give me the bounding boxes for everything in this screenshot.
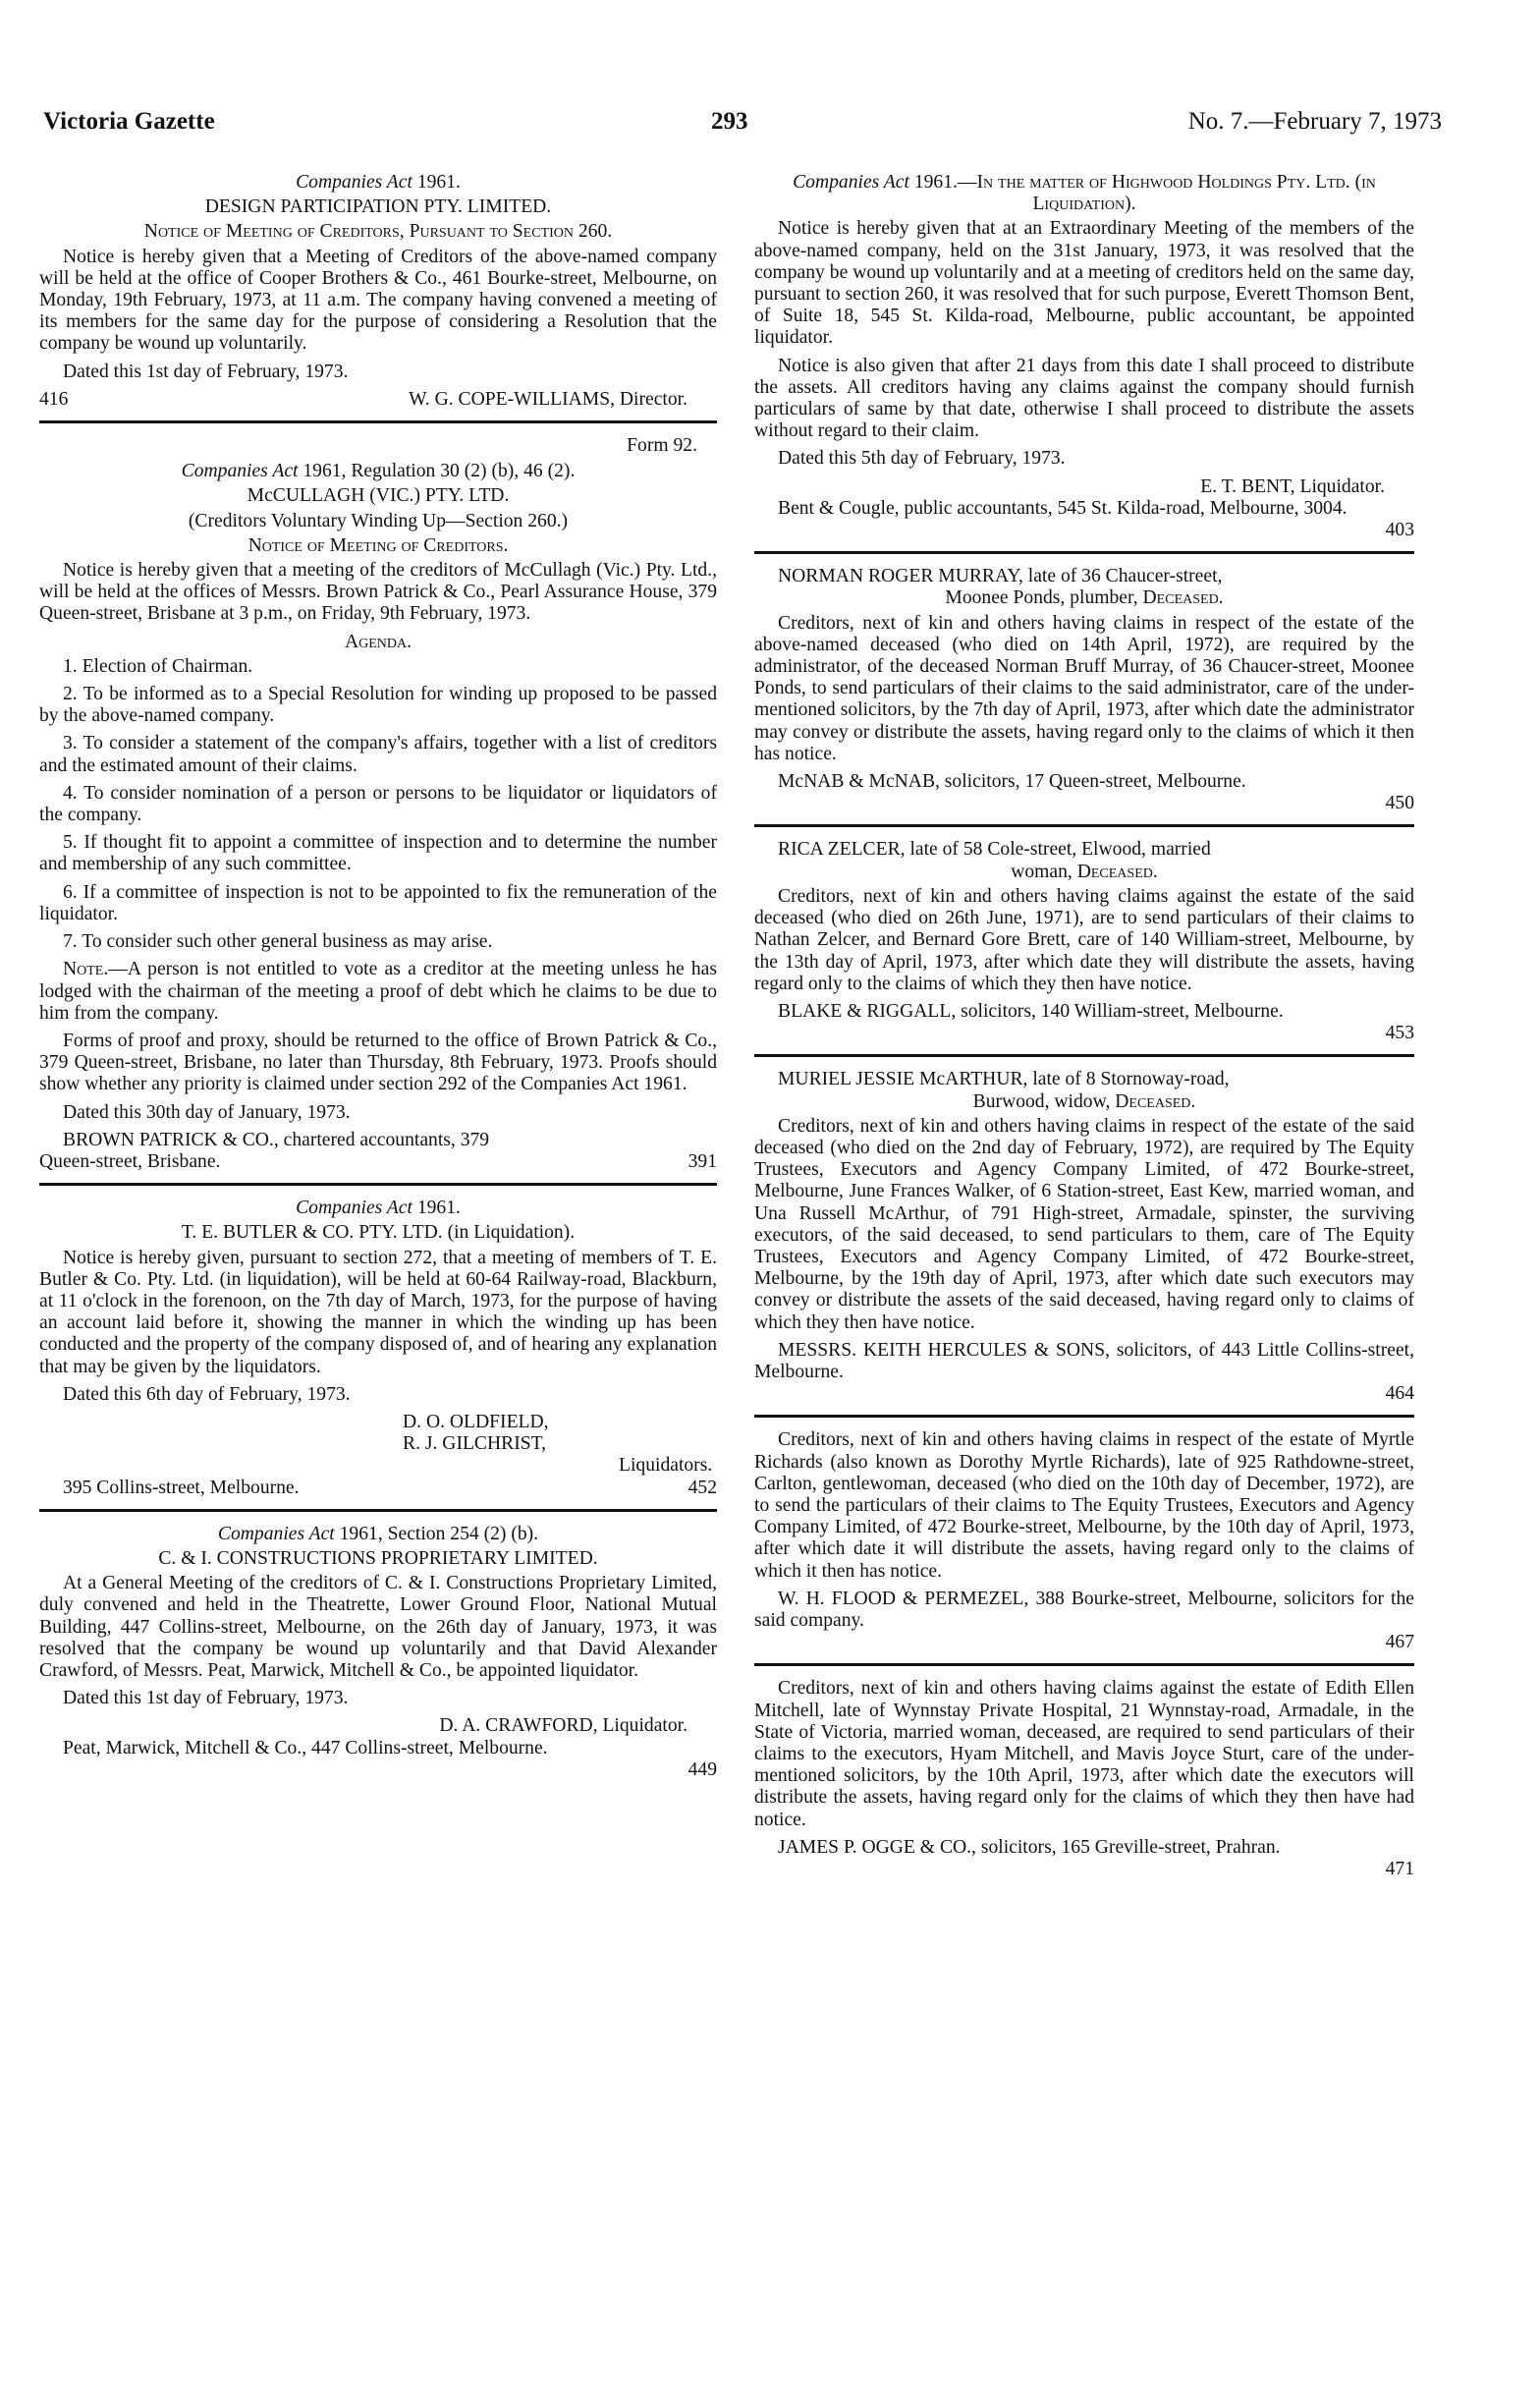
act-heading: Companies Act 1961, Regulation 30 (2) (b… [39, 461, 717, 482]
estate-heading: RICA ZELCER, late of 58 Cole-street, Elw… [754, 839, 1414, 861]
form-number: Form 92. [39, 435, 717, 457]
divider [39, 1509, 717, 1512]
notice-zelcer: RICA ZELCER, late of 58 Cole-street, Elw… [754, 839, 1414, 1044]
divider [754, 824, 1414, 827]
act-heading: Companies Act 1961, Section 254 (2) (b). [39, 1524, 717, 1545]
agenda-list: 1. Election of Chairman. 2. To be inform… [39, 656, 717, 953]
company-name: McCULLAGH (VIC.) PTY. LTD. [39, 485, 717, 507]
estate-heading-2: Burwood, widow, Deceased. [754, 1091, 1414, 1113]
notice-body: Creditors, next of kin and others having… [754, 886, 1414, 995]
notice-body: Creditors, next of kin and others having… [754, 613, 1414, 765]
agenda-item: 6. If a committee of inspection is not t… [39, 882, 717, 925]
agenda-title: Agenda. [39, 632, 717, 653]
dated-line: Dated this 1st day of February, 1973. [39, 1688, 717, 1709]
address-row: 395 Collins-street, Melbourne. 452 [39, 1478, 717, 1499]
notice-mitchell: Creditors, next of kin and others having… [754, 1678, 1414, 1880]
notice-body: Notice is hereby given that a Meeting of… [39, 247, 717, 356]
gazette-title: Victoria Gazette [43, 108, 215, 136]
estate-heading: NORMAN ROGER MURRAY, late of 36 Chaucer-… [754, 566, 1414, 587]
dated-line: Dated this 5th day of February, 1973. [754, 448, 1414, 470]
notice-highwood: Companies Act 1961.—In the matter of Hig… [754, 172, 1414, 541]
notice-body: Creditors, next of kin and others having… [754, 1678, 1414, 1830]
act-heading: Companies Act 1961.—In the matter of Hig… [754, 172, 1414, 215]
reference-number: 416 [39, 389, 68, 411]
estate-heading: MURIEL JESSIE McARTHUR, late of 8 Storno… [754, 1069, 1414, 1090]
notice-body: Notice is hereby given that a meeting of… [39, 560, 717, 626]
dated-line: Dated this 30th day of January, 1973. [39, 1102, 717, 1124]
agenda-item: 2. To be informed as to a Special Resolu… [39, 684, 717, 727]
company-name: C. & I. CONSTRUCTIONS PROPRIETARY LIMITE… [39, 1548, 717, 1570]
notice-richards: Creditors, next of kin and others having… [754, 1429, 1414, 1653]
firm-line: BLAKE & RIGGALL, solicitors, 140 William… [754, 1001, 1414, 1023]
divider [754, 1054, 1414, 1057]
right-column: Companies Act 1961.—In the matter of Hig… [754, 172, 1414, 1880]
divider [39, 1183, 717, 1186]
reference-number: 453 [754, 1023, 1414, 1044]
notice-murray: NORMAN ROGER MURRAY, late of 36 Chaucer-… [754, 566, 1414, 814]
company-name: T. E. BUTLER & CO. PTY. LTD. (in Liquida… [39, 1222, 717, 1244]
notice-body: Notice is also given that after 21 days … [754, 356, 1414, 443]
page-number: 293 [711, 108, 748, 136]
company-name: DESIGN PARTICIPATION PTY. LIMITED. [39, 196, 717, 218]
estate-heading-2: woman, Deceased. [754, 862, 1414, 883]
dated-line: Dated this 1st day of February, 1973. [39, 362, 717, 383]
signature: D. A. CRAWFORD, Liquidator. [39, 1715, 717, 1737]
divider [754, 1663, 1414, 1666]
divider [39, 420, 717, 423]
reference-number: 471 [754, 1859, 1414, 1880]
notice-subtitle: Notice of Meeting of Creditors, Pursuant… [39, 221, 717, 243]
page-header: Victoria Gazette 293 No. 7.—February 7, … [43, 108, 1442, 147]
notice-ci-constructions: Companies Act 1961, Section 254 (2) (b).… [39, 1524, 717, 1781]
notice-butler: Companies Act 1961. T. E. BUTLER & CO. P… [39, 1198, 717, 1499]
firm-line: MESSRS. KEITH HERCULES & SONS, solicitor… [754, 1340, 1414, 1383]
notice-design-participation: Companies Act 1961. DESIGN PARTICIPATION… [39, 172, 717, 411]
firm-line: BROWN PATRICK & CO., chartered accountan… [39, 1130, 717, 1151]
firm-line: W. H. FLOOD & PERMEZEL, 388 Bourke-stree… [754, 1589, 1414, 1632]
notice-body: Creditors, next of kin and others having… [754, 1116, 1414, 1334]
signature: W. G. COPE-WILLIAMS, Director. [409, 389, 717, 411]
notice-subtitle: Notice of Meeting of Creditors. [39, 535, 717, 557]
firm-line: Peat, Marwick, Mitchell & Co., 447 Colli… [39, 1738, 717, 1759]
agenda-item: 3. To consider a statement of the compan… [39, 733, 717, 776]
agenda-item: 1. Election of Chairman. [39, 656, 717, 678]
notice-mccullagh: Form 92. Companies Act 1961, Regulation … [39, 435, 717, 1173]
forms-instructions: Forms of proof and proxy, should be retu… [39, 1031, 717, 1096]
winding-up-type: (Creditors Voluntary Winding Up—Section … [39, 511, 717, 532]
notice-body: Notice is hereby given that at an Extrao… [754, 218, 1414, 349]
act-heading: Companies Act 1961. [39, 172, 717, 194]
reference-number: 464 [754, 1383, 1414, 1405]
act-heading: Companies Act 1961. [39, 1198, 717, 1219]
reference-number: 391 [688, 1151, 717, 1173]
firm-address-row: Queen-street, Brisbane. 391 [39, 1151, 717, 1173]
notice-mcarthur: MURIEL JESSIE McARTHUR, late of 8 Storno… [754, 1069, 1414, 1405]
firm-line: McNAB & McNAB, solicitors, 17 Queen-stre… [754, 771, 1414, 793]
firm-line: JAMES P. OGGE & CO., solicitors, 165 Gre… [754, 1837, 1414, 1859]
note: Note.—A person is not entitled to vote a… [39, 959, 717, 1025]
agenda-item: 7. To consider such other general busine… [39, 931, 717, 953]
dated-line: Dated this 6th day of February, 1973. [39, 1384, 717, 1406]
reference-number: 449 [39, 1759, 717, 1781]
notice-body: Creditors, next of kin and others having… [754, 1429, 1414, 1582]
divider [754, 1415, 1414, 1418]
estate-heading-2: Moonee Ponds, plumber, Deceased. [754, 587, 1414, 609]
notice-body: Notice is hereby given, pursuant to sect… [39, 1248, 717, 1378]
agenda-item: 4. To consider nomination of a person or… [39, 783, 717, 826]
signature: E. T. BENT, Liquidator. [754, 476, 1414, 498]
divider [754, 551, 1414, 554]
reference-number: 450 [754, 793, 1414, 814]
issue-date: No. 7.—February 7, 1973 [1188, 108, 1442, 136]
reference-number: 403 [754, 520, 1414, 541]
signatories: D. O. OLDFIELD, R. J. GILCHRIST, Liquida… [403, 1412, 717, 1478]
reference-number: 452 [688, 1478, 717, 1499]
signature-row: 416 W. G. COPE-WILLIAMS, Director. [39, 389, 717, 411]
agenda-item: 5. If thought fit to appoint a committee… [39, 832, 717, 875]
left-column: Companies Act 1961. DESIGN PARTICIPATION… [39, 172, 717, 1781]
firm-line: Bent & Cougle, public accountants, 545 S… [754, 498, 1414, 520]
reference-number: 467 [754, 1632, 1414, 1653]
notice-body: At a General Meeting of the creditors of… [39, 1573, 717, 1682]
